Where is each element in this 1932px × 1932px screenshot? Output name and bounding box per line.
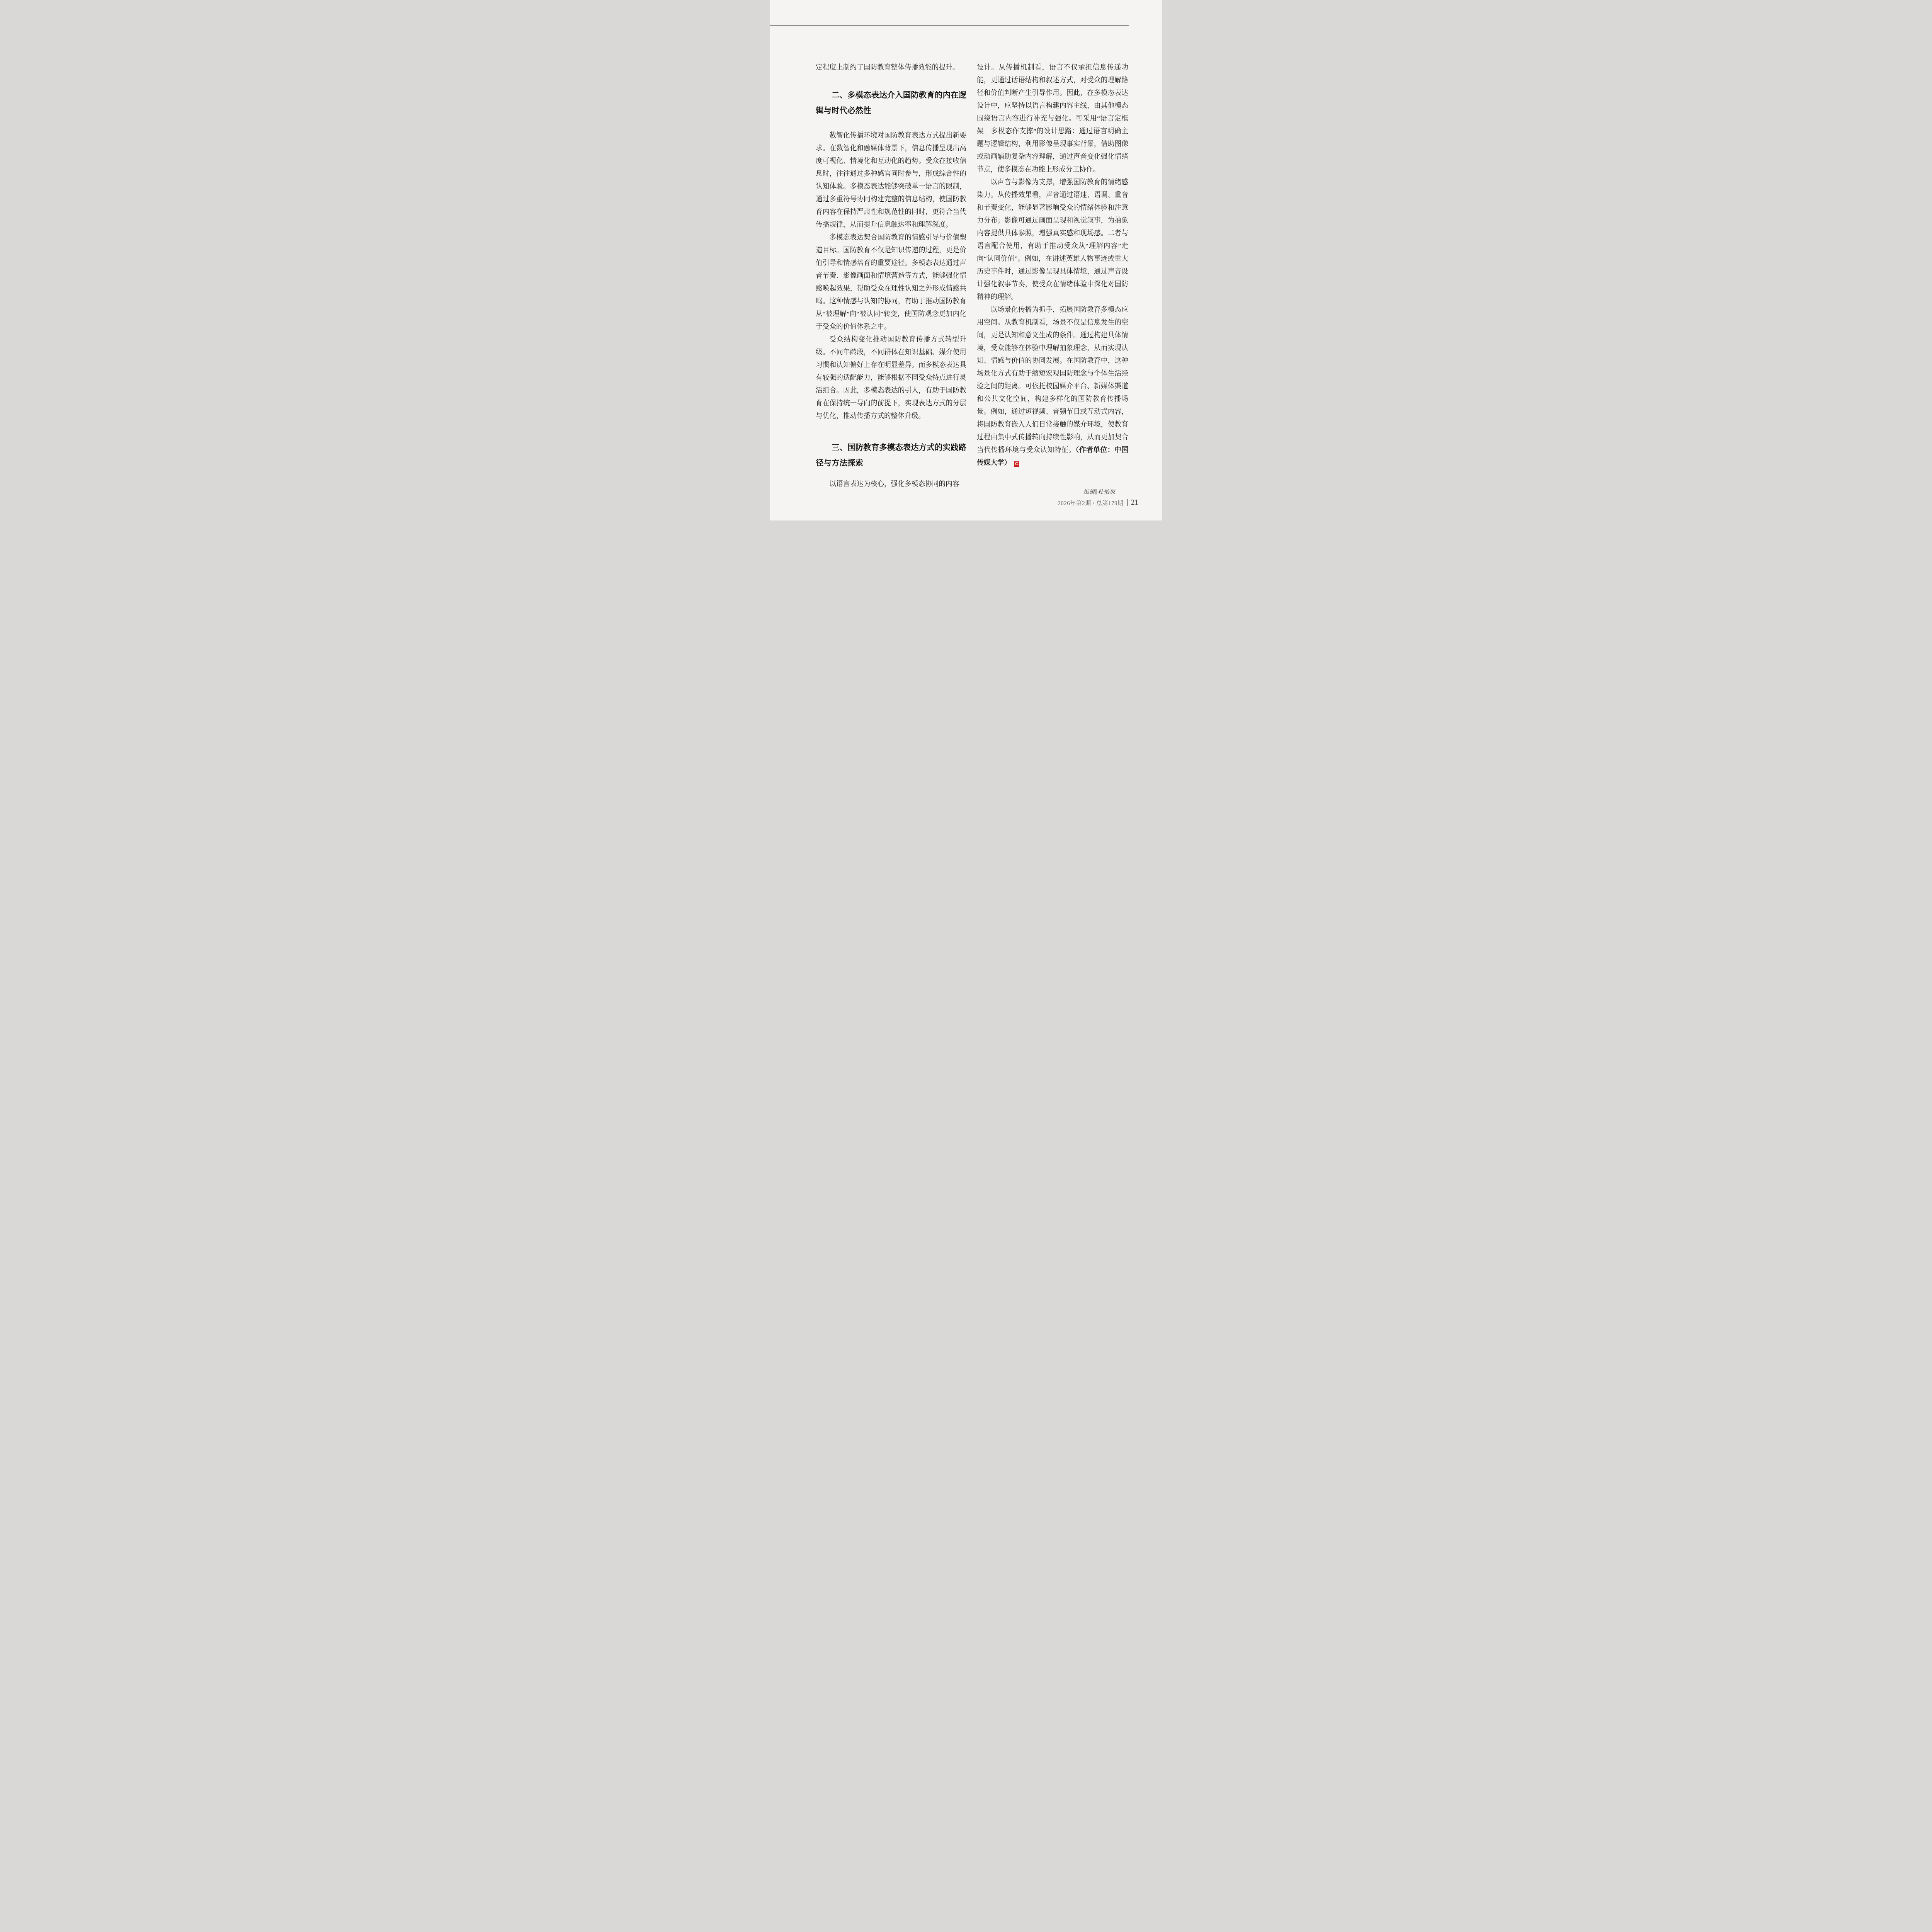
top-rule (770, 26, 1129, 26)
footer-divider-bar (1127, 499, 1128, 506)
magazine-page: 定程度上制约了国防教育整体传播效能的提升。 二、多模态表达介入国防教育的内在逻辑… (770, 0, 1162, 520)
paragraph-continuation: 定程度上制约了国防教育整体传播效能的提升。 (816, 61, 966, 74)
article-end-mark-icon: G (1014, 461, 1019, 467)
right-column: 设计。从传播机制看，语言不仅承担信息传递功能，更通过话语结构和叙述方式，对受众的… (977, 61, 1128, 469)
body-paragraph: 受众结构变化推动国防教育传播方式转型升级。不同年龄段，不同群体在知识基础、媒介使… (816, 333, 966, 422)
paragraph-text: 以场景化传播为抓手，拓展国防教育多模态应用空间。从教育机制看，场景不仅是信息发生… (977, 306, 1128, 454)
left-column: 定程度上制约了国防教育整体传播效能的提升。 二、多模态表达介入国防教育的内在逻辑… (816, 61, 966, 490)
issue-info: 2026年第2期 / 总第179期 (1058, 499, 1123, 507)
page-number: 21 (1131, 498, 1138, 507)
paragraph-continuation: 设计。从传播机制看，语言不仅承担信息传递功能，更通过话语结构和叙述方式，对受众的… (977, 61, 1128, 176)
editor-credit: 编辑∥杜怡琼 (1083, 488, 1115, 496)
page-footer: 2026年第2期 / 总第179期 21 (1058, 498, 1138, 507)
body-paragraph: 以声音与影像为支撑，增强国防教育的情绪感染力。从传播效果看，声音通过语速、语调、… (977, 176, 1128, 303)
body-paragraph: 数智化传播环境对国防教育表达方式提出新要求。在数智化和融媒体背景下，信息传播呈现… (816, 129, 966, 231)
body-paragraph-with-author: 以场景化传播为抓手，拓展国防教育多模态应用空间。从教育机制看，场景不仅是信息发生… (977, 303, 1128, 469)
section-heading-3: 三、国防教育多模态表达方式的实践路径与方法探索 (816, 440, 966, 471)
body-paragraph-start: 以语言表达为核心，强化多模态协同的内容 (816, 478, 966, 490)
section-heading-2: 二、多模态表达介入国防教育的内在逻辑与时代必然性 (816, 88, 966, 119)
body-paragraph: 多模态表达契合国防教育的情感引导与价值塑造目标。国防教育不仅是知识传递的过程，更… (816, 231, 966, 333)
